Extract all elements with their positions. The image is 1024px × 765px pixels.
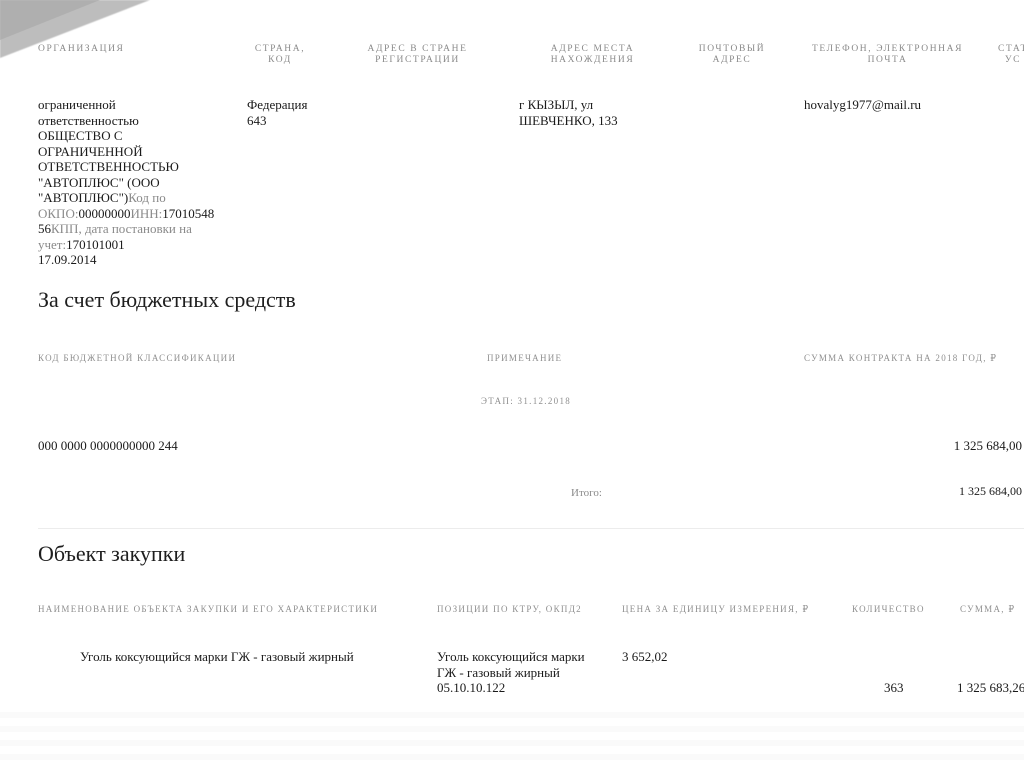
location-address-cell: г КЫЗЫЛ, ул ШЕВЧЕНКО, 133 [519, 97, 618, 128]
header-phone-line1: ТЕЛЕФОН, ЭЛЕКТРОННАЯ [805, 44, 970, 55]
stage-label: ЭТАП: 31.12.2018 [481, 396, 571, 406]
header-country-line2: КОД [240, 55, 320, 66]
org-line-kpp-value: учет:170101001 [38, 237, 238, 253]
org-line: ОБЩЕСТВО С [38, 128, 238, 144]
okpo-label: Код по [128, 190, 165, 205]
org-line: ограниченной [38, 97, 238, 113]
header-kbk: КОД БЮДЖЕТНОЙ КЛАССИФИКАЦИИ [38, 353, 236, 363]
header-post-line1: ПОЧТОВЫЙ [692, 44, 772, 55]
budget-section-title: За счет бюджетных средств [38, 287, 296, 313]
org-line-okpo: "АВТОПЛЮС")Код по [38, 190, 238, 206]
kbk-sum: 1 325 684,00 [954, 438, 1022, 454]
header-object-name: НАИМЕНОВАНИЕ ОБЪЕКТА ЗАКУПКИ И ЕГО ХАРАК… [38, 604, 378, 614]
header-post-line2: АДРЕС [692, 55, 772, 66]
header-status-line2: УС [988, 55, 1024, 66]
org-line: ответственностью [38, 113, 238, 129]
country-name: Федерация [247, 97, 307, 113]
organization-cell: ограниченной ответственностью ОБЩЕСТВО С… [38, 97, 238, 268]
location-line2: ШЕВЧЕНКО, 133 [519, 113, 618, 129]
inn-label: ИНН: [130, 206, 162, 221]
header-status: СТАТ УС [988, 44, 1024, 66]
header-country-code: СТРАНА, КОД [240, 44, 320, 66]
header-registration-address: АДРЕС В СТРАНЕ РЕГИСТРАЦИИ [360, 44, 475, 66]
row-sum: 1 325 683,26 [957, 680, 1024, 696]
header-phone-line2: ПОЧТА [805, 55, 970, 66]
org-line: ОГРАНИЧЕННОЙ [38, 144, 238, 160]
registration-date: 17.09.2014 [38, 252, 238, 268]
org-line: ОТВЕТСТВЕННОСТЬЮ [38, 159, 238, 175]
org-line-inn: ОКПО:00000000ИНН:17010548 [38, 206, 238, 222]
scanned-page-corner-shadow [0, 0, 100, 40]
header-unit-price: ЦЕНА ЗА ЕДИНИЦУ ИЗМЕРЕНИЯ, ₽ [622, 604, 809, 615]
position-code: 05.10.10.122 [437, 680, 585, 696]
email-cell[interactable]: hovalyg1977@mail.ru [804, 97, 921, 113]
header-loc-line2: НАХОЖДЕНИЯ [540, 55, 645, 66]
unit-price: 3 652,02 [622, 649, 668, 665]
header-reg-line2: РЕГИСТРАЦИИ [360, 55, 475, 66]
country-code: 643 [247, 113, 307, 129]
position-line1: Уголь коксующийся марки [437, 649, 585, 665]
country-cell: Федерация 643 [247, 97, 307, 128]
org-line: "АВТОПЛЮС" (ООО [38, 175, 238, 191]
section-divider [38, 528, 1024, 529]
org-name-tail: "АВТОПЛЮС") [38, 190, 128, 205]
header-reg-line1: АДРЕС В СТРАНЕ [360, 44, 475, 55]
purchase-section-title: Объект закупки [38, 541, 185, 567]
okpo-label-2: ОКПО: [38, 206, 78, 221]
inn-value: 17010548 [162, 206, 214, 221]
header-sum: СУММА, ₽ [960, 604, 1015, 615]
kpp-label-2: учет: [38, 237, 66, 252]
object-name: Уголь коксующийся марки ГЖ - газовый жир… [80, 649, 354, 665]
positions-cell: Уголь коксующийся марки ГЖ - газовый жир… [437, 649, 585, 696]
header-loc-line1: АДРЕС МЕСТА [540, 44, 645, 55]
header-quantity: КОЛИЧЕСТВО [852, 604, 925, 614]
kbk-code: 000 0000 0000000000 244 [38, 438, 178, 454]
kpp-label: КПП, дата постановки на [51, 221, 192, 236]
org-line-kpp: 56КПП, дата постановки на [38, 221, 238, 237]
header-postal-address: ПОЧТОВЫЙ АДРЕС [692, 44, 772, 66]
header-status-line1: СТАТ [988, 44, 1024, 55]
header-organization: ОРГАНИЗАЦИЯ [38, 44, 124, 55]
scan-bleed-through-text [0, 712, 1024, 765]
header-positions: ПОЗИЦИИ ПО КТРУ, ОКПД2 [437, 604, 582, 614]
header-location-address: АДРЕС МЕСТА НАХОЖДЕНИЯ [540, 44, 645, 66]
header-contract-sum: СУММА КОНТРАКТА НА 2018 ГОД, ₽ [804, 353, 997, 364]
position-line2: ГЖ - газовый жирный [437, 665, 585, 681]
quantity: 363 [884, 680, 904, 696]
total-value: 1 325 684,00 [959, 484, 1022, 499]
kpp-value: 170101001 [66, 237, 125, 252]
header-country-line1: СТРАНА, [240, 44, 320, 55]
inn-value-tail: 56 [38, 221, 51, 236]
header-note: ПРИМЕЧАНИЕ [487, 353, 562, 363]
total-label: Итого: [571, 486, 602, 502]
okpo-value: 00000000 [78, 206, 130, 221]
header-phone-email: ТЕЛЕФОН, ЭЛЕКТРОННАЯ ПОЧТА [805, 44, 970, 66]
location-line1: г КЫЗЫЛ, ул [519, 97, 618, 113]
